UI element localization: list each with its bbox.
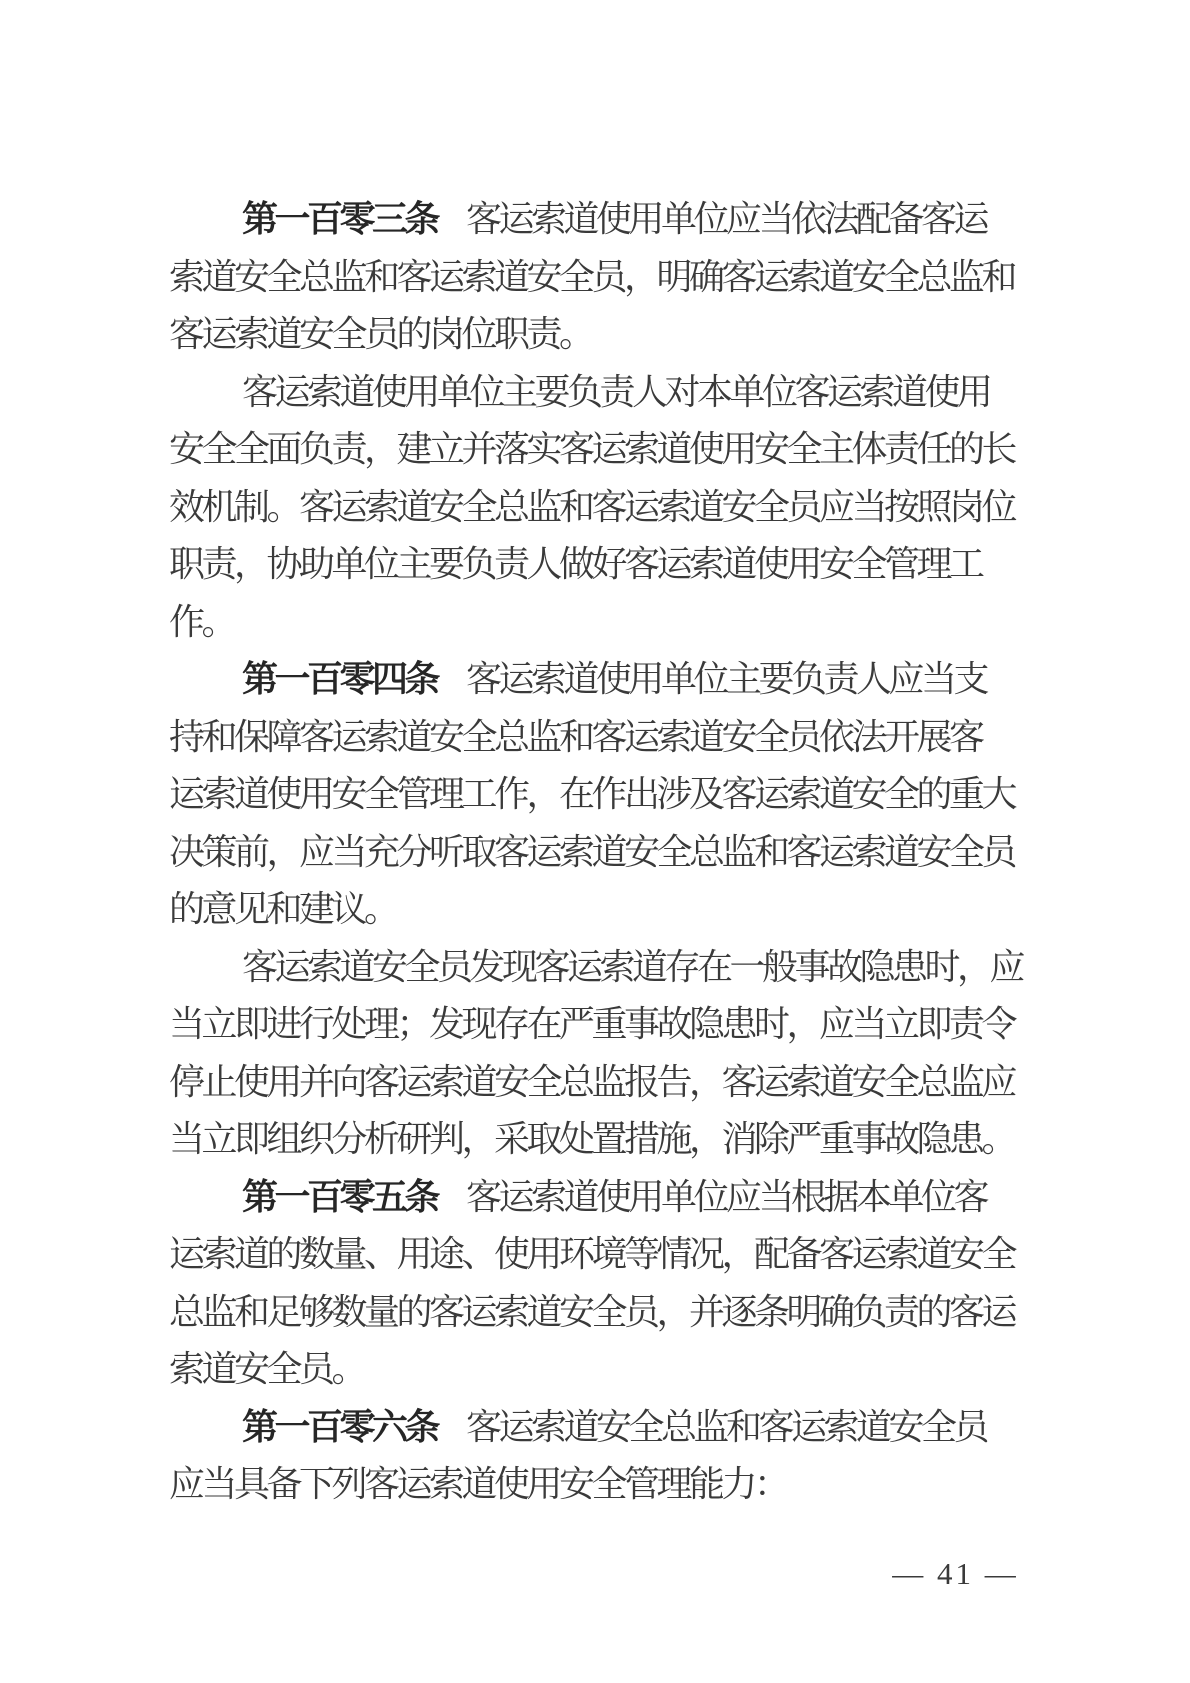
text-line: 运索道使用安全管理工作，在作出涉及客运索道安全的重大 bbox=[169, 766, 1039, 824]
text-line: 第一百零四条客运索道使用单位主要负责人应当支 bbox=[169, 651, 1039, 709]
line-text: 运索道的数量、用途、使用环境等情况，配备客运索道安全 bbox=[169, 1234, 1014, 1274]
line-text: 客运索道安全员发现客运索道存在一般事故隐患时，应 bbox=[242, 947, 1022, 987]
article-number: 第一百零四条 bbox=[242, 659, 437, 699]
line-text: 效机制。客运索道安全总监和客运索道安全员应当按照岗位 bbox=[169, 487, 1014, 527]
text-line: 停止使用并向客运索道安全总监报告，客运索道安全总监应 bbox=[169, 1054, 1039, 1112]
line-text: 当立即组织分析研判，采取处置措施，消除严重事故隐患。 bbox=[169, 1119, 1014, 1159]
text-line: 持和保障客运索道安全总监和客运索道安全员依法开展客 bbox=[169, 709, 1039, 767]
line-text: 索道安全员。 bbox=[169, 1349, 364, 1389]
line-text: 停止使用并向客运索道安全总监报告，客运索道安全总监应 bbox=[169, 1062, 1014, 1102]
line-text: 决策前，应当充分听取客运索道安全总监和客运索道安全员 bbox=[169, 832, 1014, 872]
text-line: 第一百零六条客运索道安全总监和客运索道安全员 bbox=[169, 1399, 1039, 1457]
text-line: 总监和足够数量的客运索道安全员，并逐条明确负责的客运 bbox=[169, 1284, 1039, 1342]
text-line: 当立即组织分析研判，采取处置措施，消除严重事故隐患。 bbox=[169, 1111, 1039, 1169]
document-page: 第一百零三条客运索道使用单位应当依法配备客运索道安全总监和客运索道安全员，明确客… bbox=[0, 0, 1190, 1683]
text-line: 客运索道使用单位主要负责人对本单位客运索道使用 bbox=[169, 364, 1039, 422]
text-line: 运索道的数量、用途、使用环境等情况，配备客运索道安全 bbox=[169, 1226, 1039, 1284]
text-line: 索道安全总监和客运索道安全员，明确客运索道安全总监和 bbox=[169, 249, 1039, 307]
text-line: 效机制。客运索道安全总监和客运索道安全员应当按照岗位 bbox=[169, 479, 1039, 537]
line-text: 持和保障客运索道安全总监和客运索道安全员依法开展客 bbox=[169, 717, 982, 757]
line-text: 安全全面负责，建立并落实客运索道使用安全主体责任的长 bbox=[169, 429, 1014, 469]
text-line: 客运索道安全员的岗位职责。 bbox=[169, 306, 1039, 364]
text-line: 应当具备下列客运索道使用安全管理能力： bbox=[169, 1456, 1039, 1514]
line-text: 作。 bbox=[169, 602, 234, 642]
text-line: 当立即进行处理；发现存在严重事故隐患时，应当立即责令 bbox=[169, 996, 1039, 1054]
text-line: 职责，协助单位主要负责人做好客运索道使用安全管理工 bbox=[169, 536, 1039, 594]
text-line: 的意见和建议。 bbox=[169, 881, 1039, 939]
article-number: 第一百零六条 bbox=[242, 1407, 437, 1447]
text-line: 第一百零五条客运索道使用单位应当根据本单位客 bbox=[169, 1169, 1039, 1227]
line-text: 索道安全总监和客运索道安全员，明确客运索道安全总监和 bbox=[169, 257, 1014, 297]
page-footer: — 41 — bbox=[838, 1552, 1073, 1596]
line-text: 客运索道使用单位主要负责人对本单位客运索道使用 bbox=[242, 372, 990, 412]
text-line: 索道安全员。 bbox=[169, 1341, 1039, 1399]
line-text: 客运索道使用单位应当依法配备客运 bbox=[466, 199, 986, 239]
text-line: 客运索道安全员发现客运索道存在一般事故隐患时，应 bbox=[169, 939, 1039, 997]
line-text: 职责，协助单位主要负责人做好客运索道使用安全管理工 bbox=[169, 544, 982, 584]
text-line: 安全全面负责，建立并落实客运索道使用安全主体责任的长 bbox=[169, 421, 1039, 479]
text-line: 第一百零三条客运索道使用单位应当依法配备客运 bbox=[169, 191, 1039, 249]
line-text: 客运索道使用单位主要负责人应当支 bbox=[466, 659, 986, 699]
text-line: 作。 bbox=[169, 594, 1039, 652]
line-text: 当立即进行处理；发现存在严重事故隐患时，应当立即责令 bbox=[169, 1004, 1014, 1044]
document-body: 第一百零三条客运索道使用单位应当依法配备客运索道安全总监和客运索道安全员，明确客… bbox=[169, 191, 1039, 1514]
line-text: 客运索道安全总监和客运索道安全员 bbox=[466, 1407, 986, 1447]
article-number: 第一百零五条 bbox=[242, 1177, 437, 1217]
line-text: 的意见和建议。 bbox=[169, 889, 397, 929]
line-text: 客运索道使用单位应当根据本单位客 bbox=[466, 1177, 986, 1217]
line-text: 总监和足够数量的客运索道安全员，并逐条明确负责的客运 bbox=[169, 1292, 1014, 1332]
line-text: 运索道使用安全管理工作，在作出涉及客运索道安全的重大 bbox=[169, 774, 1014, 814]
text-line: 决策前，应当充分听取客运索道安全总监和客运索道安全员 bbox=[169, 824, 1039, 882]
page-number: — 41 — bbox=[892, 1556, 1019, 1591]
line-text: 客运索道安全员的岗位职责。 bbox=[169, 314, 592, 354]
article-number: 第一百零三条 bbox=[242, 199, 437, 239]
line-text: 应当具备下列客运索道使用安全管理能力： bbox=[169, 1464, 787, 1504]
